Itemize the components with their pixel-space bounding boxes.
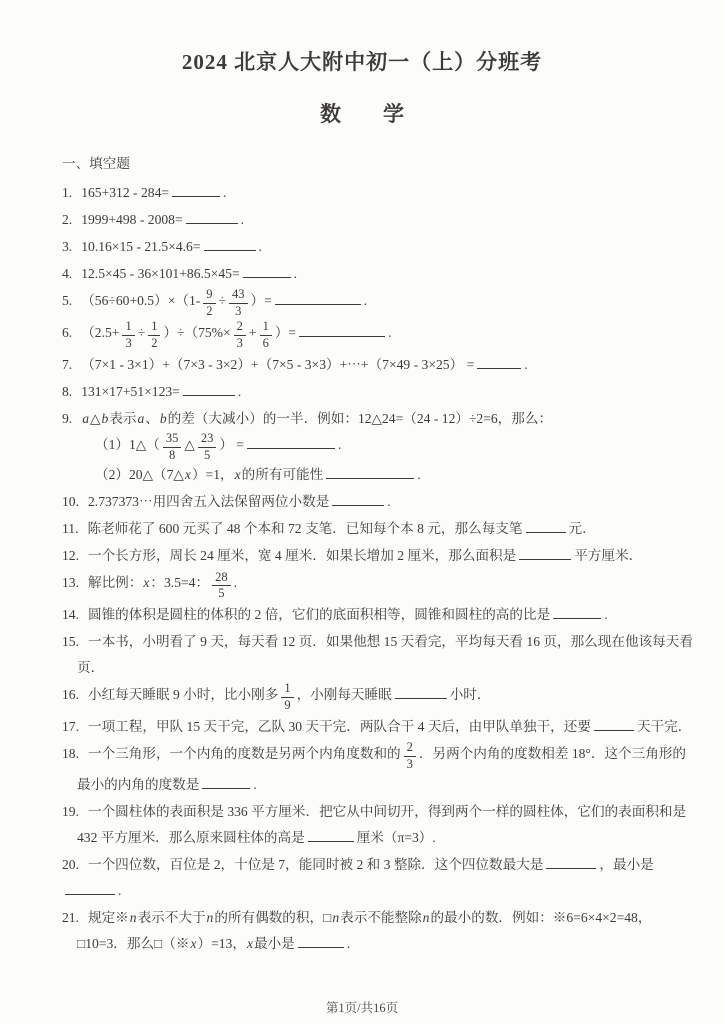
question-text: ：3.5=4： — [150, 575, 209, 590]
question-text: 432 平方厘米．那么原来圆柱体的高是 — [77, 830, 305, 845]
math-variable: x — [184, 467, 192, 482]
question-number: 18. — [62, 746, 79, 761]
question-text: 的所有可能性 — [242, 467, 324, 482]
fraction-numerator: 23 — [198, 432, 217, 448]
question-text: ，最小是 — [599, 857, 653, 872]
question-text: . — [524, 357, 527, 372]
question-text: 10.16×15 - 21.5×4.6= — [81, 239, 200, 254]
answer-blank — [553, 605, 601, 619]
question-text: 的差（大减小）的一半．例如：12△24=（24 - 12）÷2=6，那么： — [168, 411, 552, 426]
question-text: . — [234, 575, 237, 590]
question-text: 表示不大于 — [138, 910, 206, 925]
math-fraction: 235 — [198, 432, 217, 463]
fraction-denominator: 3 — [122, 336, 134, 351]
answer-blank — [519, 546, 571, 560]
line-indent — [62, 947, 77, 948]
questions-list: 1.165+312 - 284=.2.1999+498 - 2008=.3.10… — [62, 180, 706, 957]
fraction-denominator: 2 — [203, 304, 215, 319]
math-variable: a — [81, 411, 90, 426]
answer-blank — [275, 291, 361, 305]
fraction-numerator: 1 — [122, 320, 134, 336]
answer-blank — [243, 264, 291, 278]
question-text: + — [249, 325, 257, 340]
question-item: 16.小红每天睡眠 9 小时，比小刚多19，小刚每天睡眠小时． — [62, 682, 706, 713]
question-text: ÷ — [219, 293, 226, 308]
question-item: 12.一个长方形，周长 24 厘米，宽 4 厘米．如果长增加 2 厘米，那么面积… — [62, 543, 706, 569]
answer-blank — [326, 465, 414, 479]
fraction-denominator: 3 — [229, 304, 248, 319]
question-text: 表示 — [109, 411, 136, 426]
question-text: . — [259, 239, 262, 254]
question-text: . — [238, 384, 241, 399]
answer-blank — [183, 382, 235, 396]
question-text: ） = — [219, 437, 244, 452]
math-fraction: 12 — [148, 320, 160, 351]
answer-blank — [299, 323, 385, 337]
question-text: 表示不能整除 — [340, 910, 422, 925]
question-text: 解比例： — [88, 575, 142, 590]
question-text: ）=1， — [192, 467, 234, 482]
answer-blank — [172, 183, 220, 197]
question-text: （56÷60+0.5）×（1- — [81, 293, 200, 308]
question-text: （1）1△（ — [95, 437, 160, 452]
question-item: 18.一个三角形，一个内角的度数是另两个内角度数和的23．另两个内角的度数相差 … — [62, 741, 706, 798]
question-item: 14.圆锥的体积是圆柱的体积的 2 倍，它们的底面积相等，圆锥和圆柱的高的比是. — [62, 602, 706, 628]
fraction-denominator: 5 — [212, 586, 231, 601]
question-text: ．另两个内角的度数相差 18°．这个三角形的 — [419, 746, 686, 761]
answer-blank — [65, 881, 115, 895]
question-item: 8.131×17+51×123=. — [62, 379, 706, 405]
question-number: 6. — [62, 325, 72, 340]
math-variable: n — [331, 910, 340, 925]
fraction-denominator: 8 — [163, 448, 182, 463]
fraction-numerator: 28 — [212, 571, 231, 587]
question-item: 3.10.16×15 - 21.5×4.6=. — [62, 234, 706, 260]
fraction-denominator: 2 — [148, 336, 160, 351]
answer-blank — [332, 492, 384, 506]
question-item: 19.一个圆柱体的表面积是 336 平方厘米．把它从中间切开，得到两个一样的圆柱… — [62, 799, 706, 851]
line-indent — [62, 478, 95, 479]
fraction-numerator: 1 — [260, 320, 272, 336]
question-text: . — [347, 936, 350, 951]
answer-blank — [186, 210, 238, 224]
fraction-numerator: 43 — [229, 288, 248, 304]
math-variable: x — [246, 936, 254, 951]
question-text: ）=13， — [198, 936, 246, 951]
question-text: . — [118, 883, 121, 898]
question-text: ，小刚每天睡眠 — [297, 687, 392, 702]
question-text: ）= — [251, 293, 272, 308]
math-fraction: 19 — [281, 682, 293, 713]
question-number: 20. — [62, 857, 79, 872]
answer-blank — [298, 934, 344, 948]
math-variable: b — [100, 411, 109, 426]
question-text: 一个四位数，百位是 2，十位是 7，能同时被 2 和 3 整除．这个四位数最大是 — [88, 857, 543, 872]
line-indent — [62, 788, 77, 789]
question-number: 7. — [62, 357, 72, 372]
math-variable: b — [159, 411, 168, 426]
page-title: 2024 北京人大附中初一（上）分班考 — [0, 0, 724, 76]
math-variable: x — [234, 467, 242, 482]
section-heading: 一、填空题 — [62, 152, 706, 172]
question-text: 页． — [77, 660, 104, 675]
math-fraction: 433 — [229, 288, 248, 319]
question-text: 最小是 — [254, 936, 295, 951]
question-text: 、 — [145, 411, 159, 426]
question-number: 16. — [62, 687, 79, 702]
fraction-numerator: 35 — [163, 432, 182, 448]
question-text: 陈老师花了 600 元买了 48 个本和 72 支笔．已知每个本 8 元，那么每… — [88, 521, 523, 536]
answer-blank — [202, 775, 250, 789]
math-variable: x — [189, 936, 197, 951]
question-item: 2.1999+498 - 2008=. — [62, 207, 706, 233]
page-footer: 第1页/共16页 — [0, 998, 724, 1016]
math-fraction: 16 — [260, 320, 272, 351]
question-item: 1.165+312 - 284=. — [62, 180, 706, 206]
fraction-denominator: 3 — [404, 757, 416, 772]
question-item: 5.（56÷60+0.5）×（1-92÷433）=. — [62, 288, 706, 319]
question-item: 15.一本书，小明看了 9 天，每天看 12 页．如果他想 15 天看完，平均每… — [62, 629, 706, 681]
question-text: 最小的内角的度数是 — [77, 777, 199, 792]
question-text: （7×1 - 3×1）+（7×3 - 3×2）+（7×5 - 3×3）+⋯+（7… — [81, 357, 474, 372]
question-item: 21.规定※n表示不大于n的所有偶数的积，□n表示不能整除n的最小的数．例如：※… — [62, 905, 706, 957]
question-item: 6.（2.5+13÷12）÷（75%×23+16）=. — [62, 320, 706, 351]
question-text: 一个三角形，一个内角的度数是另两个内角度数和的 — [88, 746, 401, 761]
question-text: 一本书，小明看了 9 天，每天看 12 页．如果他想 15 天看完，平均每天看 … — [88, 634, 693, 649]
question-text: . — [253, 777, 256, 792]
answer-blank — [204, 237, 256, 251]
question-text: 131×17+51×123= — [81, 384, 180, 399]
answer-blank — [526, 519, 566, 533]
question-text: 一项工程，甲队 15 天干完，乙队 30 天干完．两队合干 4 天后，由甲队单独… — [88, 719, 591, 734]
question-text: 1999+498 - 2008= — [81, 212, 182, 227]
question-item: 11.陈老师花了 600 元买了 48 个本和 72 支笔．已知每个本 8 元，… — [62, 516, 706, 542]
question-text: 一个长方形，周长 24 厘米，宽 4 厘米．如果长增加 2 厘米，那么面积是 — [88, 548, 516, 563]
question-text: （2.5+ — [81, 325, 119, 340]
fraction-denominator: 5 — [198, 448, 217, 463]
question-item: 17.一项工程，甲队 15 天干完，乙队 30 天干完．两队合干 4 天后，由甲… — [62, 714, 706, 740]
question-text: ）÷（75%× — [163, 325, 230, 340]
question-text: 平方厘米． — [574, 548, 642, 563]
question-text: . — [338, 437, 341, 452]
question-text: △ — [184, 437, 194, 452]
question-number: 15. — [62, 634, 79, 649]
fraction-numerator: 2 — [234, 320, 246, 336]
question-item: 10.2.737373⋯用四舍五入法保留两位小数是. — [62, 489, 706, 515]
question-text: 规定※ — [88, 910, 129, 925]
math-fraction: 285 — [212, 571, 231, 602]
math-variable: n — [129, 910, 138, 925]
math-fraction: 23 — [404, 741, 416, 772]
question-number: 3. — [62, 239, 72, 254]
question-text: ÷ — [138, 325, 145, 340]
question-number: 1. — [62, 185, 72, 200]
question-number: 17. — [62, 719, 79, 734]
question-number: 19. — [62, 804, 79, 819]
answer-blank — [477, 355, 521, 369]
exam-page: { "page": { "title": "2024 北京人大附中初一（上）分班… — [0, 0, 724, 1024]
line-indent — [62, 671, 77, 672]
question-text: . — [294, 266, 297, 281]
math-fraction: 92 — [203, 288, 215, 319]
question-number: 8. — [62, 384, 72, 399]
question-text: 一个圆柱体的表面积是 336 平方厘米．把它从中间切开，得到两个一样的圆柱体，它… — [88, 804, 686, 819]
question-number: 14. — [62, 607, 79, 622]
answer-blank — [546, 855, 596, 869]
question-text: . — [223, 185, 226, 200]
question-text: . — [417, 467, 420, 482]
question-text: 的所有偶数的积，□ — [214, 910, 331, 925]
question-number: 21. — [62, 910, 79, 925]
question-number: 12. — [62, 548, 79, 563]
question-text: 天干完． — [637, 719, 691, 734]
question-text: △ — [90, 411, 100, 426]
math-fraction: 13 — [122, 320, 134, 351]
answer-blank — [247, 435, 335, 449]
question-text: （2）20△（7△ — [95, 467, 184, 482]
fraction-numerator: 1 — [148, 320, 160, 336]
question-number: 5. — [62, 293, 72, 308]
page-subtitle: 数 学 — [0, 98, 724, 128]
question-item: 4.12.5×45 - 36×101+86.5×45=. — [62, 261, 706, 287]
math-fraction: 23 — [234, 320, 246, 351]
question-number: 4. — [62, 266, 72, 281]
fraction-denominator: 9 — [281, 698, 293, 713]
question-text: 元． — [569, 521, 596, 536]
answer-blank — [395, 685, 447, 699]
question-number: 11. — [62, 521, 79, 536]
question-text: 小时． — [450, 687, 491, 702]
question-item: 13.解比例：x：3.5=4：285. — [62, 570, 706, 601]
line-indent — [62, 448, 95, 449]
question-text: 165+312 - 284= — [81, 185, 169, 200]
question-text: 厘米（π=3）. — [357, 830, 436, 845]
fraction-numerator: 2 — [404, 741, 416, 757]
math-variable: a — [136, 411, 145, 426]
question-text: 2.737373⋯用四舍五入法保留两位小数是 — [88, 494, 329, 509]
answer-blank — [594, 717, 634, 731]
question-text: . — [387, 494, 390, 509]
fraction-numerator: 1 — [281, 682, 293, 698]
question-item: 9.a△b表示a、b的差（大减小）的一半．例如：12△24=（24 - 12）÷… — [62, 406, 706, 489]
fraction-denominator: 6 — [260, 336, 272, 351]
fraction-numerator: 9 — [203, 288, 215, 304]
question-text: . — [364, 293, 367, 308]
question-number: 10. — [62, 494, 79, 509]
question-number: 13. — [62, 575, 79, 590]
math-fraction: 358 — [163, 432, 182, 463]
question-text: . — [241, 212, 244, 227]
question-item: 20.一个四位数，百位是 2，十位是 7，能同时被 2 和 3 整除．这个四位数… — [62, 852, 706, 904]
question-text: 的最小的数．例如：※6=6×4×2=48， — [430, 910, 651, 925]
line-indent — [62, 841, 77, 842]
question-number: 2. — [62, 212, 72, 227]
answer-blank — [308, 828, 354, 842]
question-text: . — [388, 325, 391, 340]
question-item: 7.（7×1 - 3×1）+（7×3 - 3×2）+（7×5 - 3×3）+⋯+… — [62, 352, 706, 378]
question-text: 12.5×45 - 36×101+86.5×45= — [81, 266, 239, 281]
exam-body: 一、填空题 1.165+312 - 284=.2.1999+498 - 2008… — [0, 152, 724, 957]
question-text: 圆锥的体积是圆柱的体积的 2 倍，它们的底面积相等，圆锥和圆柱的高的比是 — [88, 607, 550, 622]
question-number: 9. — [62, 411, 72, 426]
question-text: . — [604, 607, 607, 622]
fraction-denominator: 3 — [234, 336, 246, 351]
question-text: □10=3．那么□（※ — [77, 936, 189, 951]
question-text: ）= — [275, 325, 296, 340]
question-text: 小红每天睡眠 9 小时，比小刚多 — [88, 687, 278, 702]
